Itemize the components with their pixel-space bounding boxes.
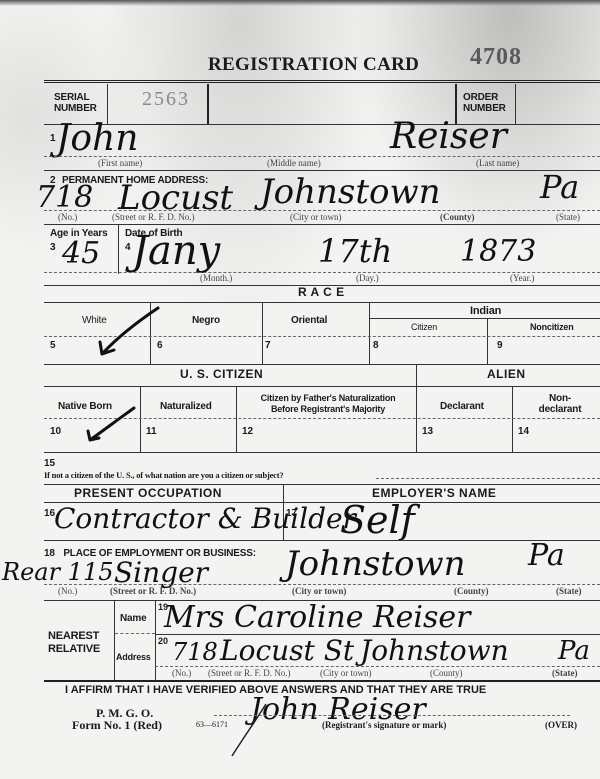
caption-year: (Year.) bbox=[510, 273, 534, 283]
white-checkmark-icon bbox=[92, 304, 162, 360]
field-number: 1 bbox=[50, 133, 56, 144]
dashed-rule bbox=[44, 156, 600, 157]
top-rule bbox=[44, 80, 600, 83]
divider bbox=[369, 302, 370, 364]
father-naturalization-line1: Citizen by Father's Naturalization bbox=[248, 393, 408, 404]
relative-address-no: 718 bbox=[172, 638, 218, 666]
caption-no: (No.) bbox=[172, 668, 191, 678]
divider bbox=[515, 84, 516, 124]
nondeclarant-label: Non- declarant bbox=[530, 393, 590, 415]
caption-county: (County) bbox=[440, 212, 475, 222]
caption-state: (State) bbox=[552, 668, 578, 678]
home-address-city: Johnstown bbox=[260, 172, 440, 212]
native-born-checkmark-icon bbox=[82, 404, 138, 444]
nearest-relative-line2: RELATIVE bbox=[48, 643, 100, 656]
form-number-label: Form No. 1 (Red) bbox=[72, 718, 162, 733]
caption-county: (County) bbox=[430, 668, 463, 678]
field-number: 13 bbox=[422, 426, 433, 437]
divider bbox=[155, 600, 156, 680]
employer-value: Self bbox=[340, 498, 415, 542]
divider bbox=[262, 302, 263, 364]
caption-city: (City or town) bbox=[320, 668, 372, 678]
caption-city: (City or town) bbox=[292, 586, 346, 596]
rule bbox=[44, 302, 600, 303]
us-citizen-header: U. S. CITIZEN bbox=[180, 369, 263, 380]
order-label-line1: ORDER bbox=[463, 92, 506, 103]
print-code: 63—6171 bbox=[196, 720, 228, 729]
last-name-value: Reiser bbox=[390, 116, 507, 157]
caption-no: (No.) bbox=[58, 586, 77, 596]
rule bbox=[44, 680, 600, 682]
divider bbox=[207, 84, 209, 124]
order-number-label: ORDER NUMBER bbox=[463, 92, 506, 114]
field-number: 8 bbox=[373, 340, 379, 351]
field-number: 12 bbox=[242, 426, 253, 437]
caption-county: (County) bbox=[454, 586, 489, 596]
dashed-rule bbox=[376, 478, 600, 479]
divider bbox=[512, 386, 513, 452]
serial-number-label: SERIAL NUMBER bbox=[54, 92, 97, 114]
field-number: 3 bbox=[50, 242, 56, 253]
field-number: 4 bbox=[125, 242, 131, 253]
field-number: 20 bbox=[158, 636, 168, 646]
race-indian-noncitizen-label: Noncitizen bbox=[530, 322, 574, 333]
order-label-line2: NUMBER bbox=[463, 103, 506, 114]
declarant-label: Declarant bbox=[440, 401, 484, 412]
dashed-rule bbox=[155, 666, 600, 667]
age-value: 45 bbox=[62, 236, 100, 271]
serial-label-line2: NUMBER bbox=[54, 103, 97, 114]
divider bbox=[236, 386, 237, 452]
employment-city-value: Johnstown bbox=[285, 544, 465, 584]
divider bbox=[487, 318, 488, 364]
caption-street: (Street or R. F. D. No.) bbox=[112, 212, 195, 222]
birth-month-value: Jany bbox=[132, 228, 220, 274]
nearest-relative-line1: NEAREST bbox=[48, 630, 100, 643]
rule bbox=[44, 540, 600, 541]
nearest-relative-label: NEAREST RELATIVE bbox=[48, 630, 100, 656]
serial-number-value: 2563 bbox=[142, 88, 190, 111]
scan-edge bbox=[0, 0, 600, 6]
divider bbox=[118, 224, 119, 274]
nondeclarant-line2: declarant bbox=[530, 404, 590, 415]
dashed-rule bbox=[214, 715, 570, 716]
rule bbox=[370, 318, 600, 319]
over-label: (OVER) bbox=[545, 720, 577, 730]
race-header: R A C E bbox=[298, 287, 345, 298]
race-oriental-label: Oriental bbox=[291, 315, 327, 326]
race-negro-label: Negro bbox=[192, 315, 220, 326]
field-number: 17 bbox=[286, 508, 297, 519]
stamp-number: 4708 bbox=[470, 44, 522, 71]
middle-name-caption: (Middle name) bbox=[267, 158, 321, 168]
dashed-rule bbox=[115, 633, 155, 634]
rule bbox=[44, 364, 600, 365]
relative-address-label: Address bbox=[116, 652, 151, 663]
field-number: 14 bbox=[518, 426, 529, 437]
father-naturalization-line2: Before Registrant's Majority bbox=[248, 404, 408, 415]
birth-day-value: 17th bbox=[318, 232, 392, 270]
first-name-value: John bbox=[56, 118, 138, 159]
race-indian-header: Indian bbox=[470, 306, 501, 317]
caption-month: (Month.) bbox=[200, 273, 232, 283]
field-number: 10 bbox=[50, 426, 61, 437]
alien-header: ALIEN bbox=[487, 369, 526, 380]
relative-name-label: Name bbox=[120, 613, 146, 624]
divider bbox=[140, 386, 141, 452]
signature-flourish-icon bbox=[226, 700, 276, 760]
serial-label-line1: SERIAL bbox=[54, 92, 97, 103]
field-number: 15 bbox=[44, 458, 55, 469]
dashed-rule bbox=[44, 210, 600, 211]
caption-city: (City or town) bbox=[290, 212, 342, 222]
race-indian-citizen-label: Citizen bbox=[411, 322, 437, 333]
rule bbox=[44, 170, 600, 171]
caption-no: (No.) bbox=[58, 212, 77, 222]
relative-address-state: Pa bbox=[558, 636, 590, 666]
signature-caption: (Registrant's signature or mark) bbox=[322, 720, 446, 730]
naturalized-label: Naturalized bbox=[160, 401, 212, 412]
employment-no-value: Rear 115 bbox=[2, 558, 114, 586]
occupation-value: Contractor & Builder bbox=[54, 502, 356, 535]
father-naturalization-label: Citizen by Father's Naturalization Befor… bbox=[248, 393, 408, 415]
registration-card: REGISTRATION CARD 4708 SERIAL NUMBER 256… bbox=[0, 0, 600, 779]
relative-address-street: Locust St bbox=[220, 634, 354, 667]
first-name-caption: (First name) bbox=[98, 158, 142, 168]
field-number: 9 bbox=[497, 340, 503, 351]
birth-year-value: 1873 bbox=[460, 234, 536, 269]
nation-question: If not a citizen of the U. S., of what n… bbox=[44, 470, 283, 481]
employment-state-value: Pa bbox=[528, 538, 565, 573]
caption-day: (Day.) bbox=[356, 273, 379, 283]
card-title: REGISTRATION CARD bbox=[208, 54, 419, 76]
relative-name-value: Mrs Caroline Reiser bbox=[164, 600, 470, 635]
occupation-header: PRESENT OCCUPATION bbox=[74, 488, 222, 499]
divider bbox=[114, 600, 115, 680]
field-number: 5 bbox=[50, 340, 56, 351]
divider bbox=[416, 364, 417, 452]
field-number: 11 bbox=[146, 426, 157, 437]
caption-state: (State) bbox=[556, 212, 580, 222]
rule bbox=[44, 452, 600, 453]
caption-street: (Street or R. F. D. No.) bbox=[208, 668, 291, 678]
last-name-caption: (Last name) bbox=[476, 158, 519, 168]
home-address-state: Pa bbox=[540, 168, 579, 206]
rule bbox=[44, 386, 600, 387]
caption-street: (Street or R. F. D. No.) bbox=[110, 586, 196, 596]
relative-address-city: Johnstown bbox=[360, 634, 509, 667]
rule bbox=[44, 484, 600, 485]
caption-state: (State) bbox=[556, 586, 582, 596]
dashed-rule bbox=[44, 584, 600, 585]
rule bbox=[44, 224, 600, 225]
field-number: 7 bbox=[265, 340, 271, 351]
nondeclarant-line1: Non- bbox=[530, 393, 590, 404]
